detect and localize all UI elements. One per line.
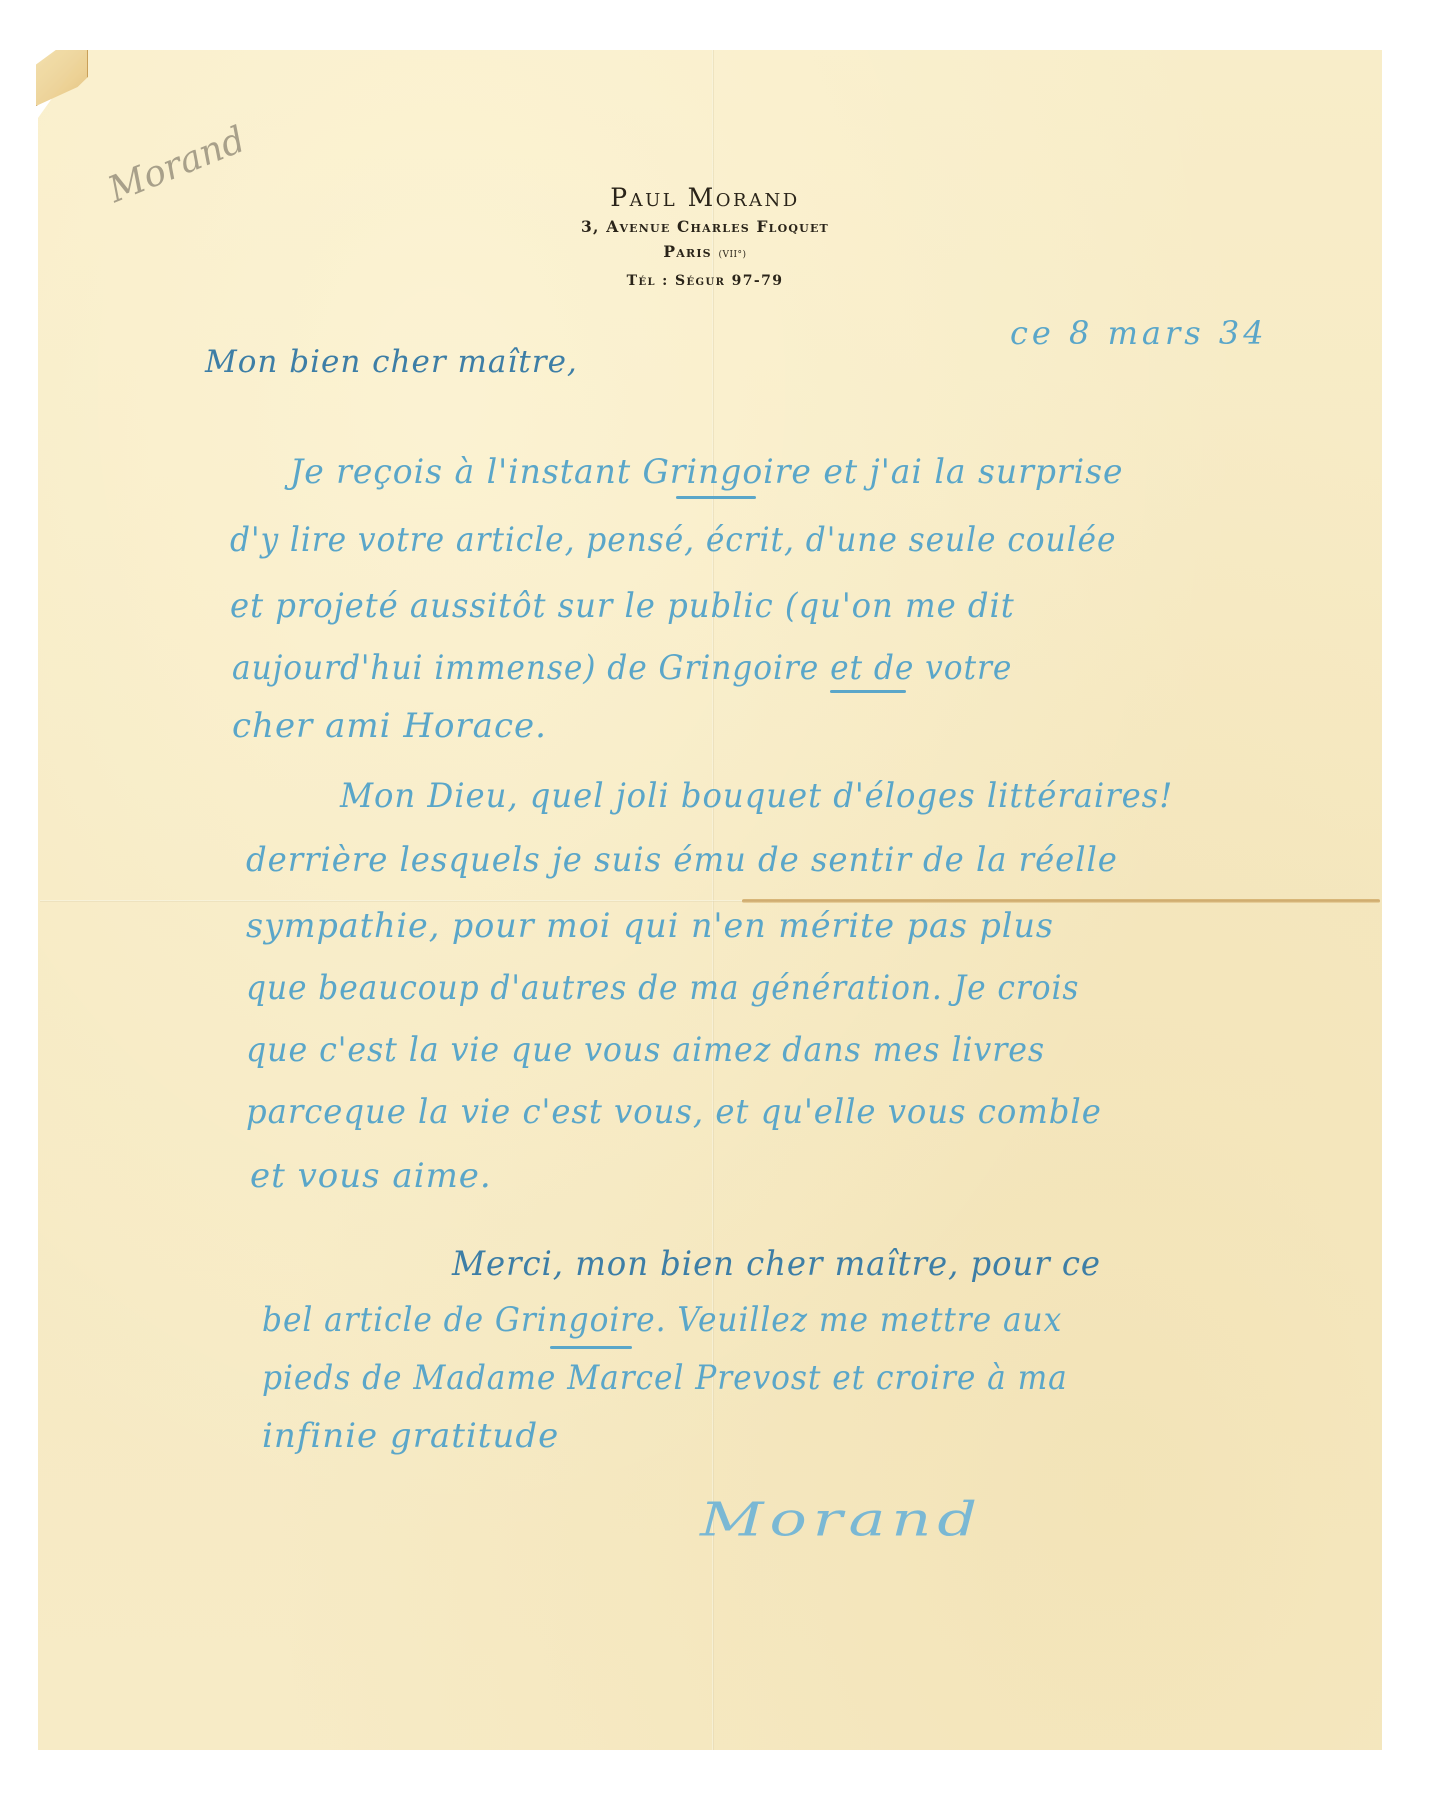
underline-gringoire-1 <box>676 496 756 499</box>
paragraph-2-line-4: que beaucoup d'autres de ma génération. … <box>246 968 1079 1008</box>
underline-gringoire-3 <box>550 1346 632 1349</box>
letterhead-address: 3, Avenue Charles Floquet <box>500 214 910 239</box>
paragraph-1-line-3: et projeté aussitôt sur le public (qu'on… <box>230 586 1015 626</box>
paragraph-1-line-1: Je reçois à l'instant Gringoire et j'ai … <box>290 452 1124 492</box>
paragraph-1-line-4: aujourd'hui immense) de Gringoire et de … <box>232 648 1012 688</box>
paper-tear <box>742 899 1380 903</box>
paragraph-2-line-1: Mon Dieu, quel joli bouquet d'éloges lit… <box>340 776 1173 816</box>
paragraph-1-line-5: cher ami Horace. <box>232 706 547 746</box>
letterhead-city-line: Paris (VII°) <box>500 239 910 268</box>
paragraph-2-line-7: et vous aime. <box>250 1156 492 1196</box>
underline-gringoire-2 <box>830 690 906 693</box>
paragraph-2-line-6: parceque la vie c'est vous, et qu'elle v… <box>246 1092 1102 1132</box>
letter-date: ce 8 mars 34 <box>1010 314 1268 352</box>
page: Morand Paul Morand 3, Avenue Charles Flo… <box>0 0 1441 1800</box>
paragraph-3-line-1: Merci, mon bien cher maître, pour ce <box>452 1244 1101 1284</box>
paragraph-2-line-3: sympathie, pour moi qui n'en mérite pas … <box>246 906 1054 946</box>
signature: Morand <box>700 1492 983 1547</box>
salutation: Mon bien cher maître, <box>205 344 578 380</box>
letterhead: Paul Morand 3, Avenue Charles Floquet Pa… <box>500 184 910 294</box>
letterhead-arrondissement: (VII°) <box>718 250 746 260</box>
paragraph-2-line-5: que c'est la vie que vous aimez dans mes… <box>246 1030 1045 1070</box>
letterhead-phone: Tél : Ségur 97-79 <box>500 268 910 294</box>
paragraph-1-line-2: d'y lire votre article, pensé, écrit, d'… <box>230 520 1116 560</box>
paragraph-3-line-3: pieds de Madame Marcel Prevost et croire… <box>262 1358 1068 1398</box>
letterhead-name: Paul Morand <box>500 184 910 212</box>
letterhead-city: Paris <box>663 242 711 261</box>
paragraph-3-line-2: bel article de Gringoire. Veuillez me me… <box>262 1300 1062 1340</box>
paragraph-2-line-2: derrière lesquels je suis ému de sentir … <box>246 840 1118 880</box>
paragraph-3-line-4: infinie gratitude <box>262 1416 559 1456</box>
